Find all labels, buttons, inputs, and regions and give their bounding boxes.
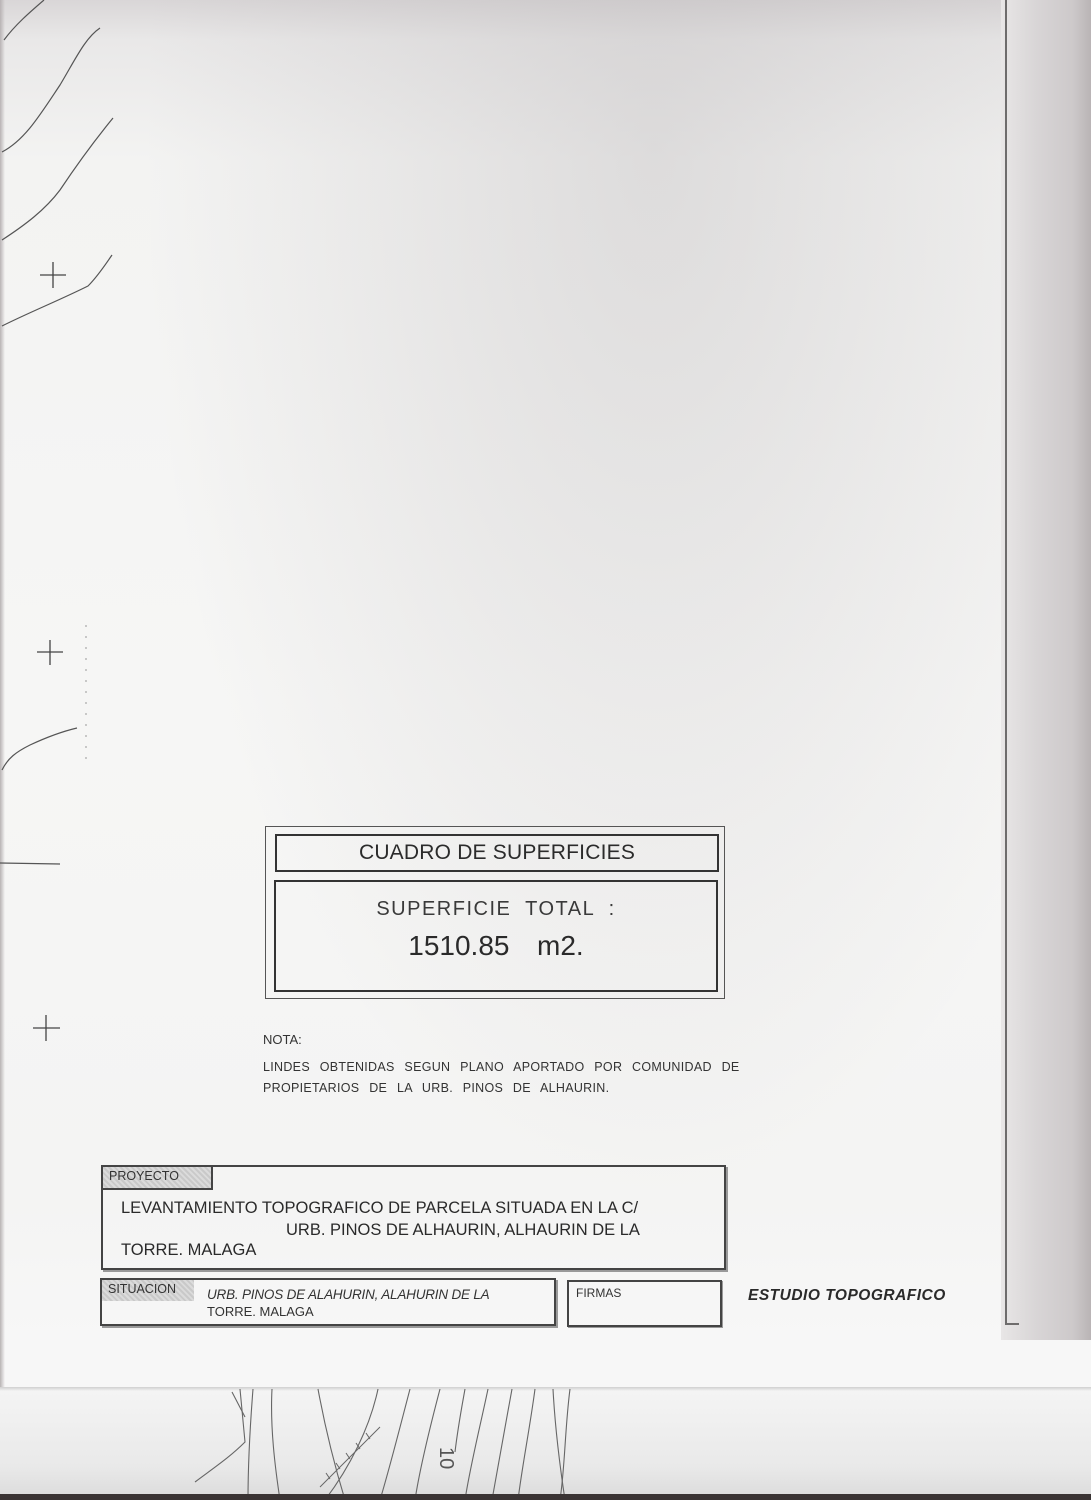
studio-name: ESTUDIO TOPOGRAFICO [748, 1287, 946, 1305]
situation-tag: SITUACION [102, 1280, 194, 1301]
project-line-2: URB. PINOS DE ALHAURIN, ALHAURIN DE LA [286, 1221, 640, 1240]
underlying-contours: 10 [0, 1387, 1091, 1500]
total-surface-value: 1510.85 m2. [276, 930, 716, 962]
project-tag: PROYECTO [103, 1167, 213, 1190]
cross-marker-icon [33, 1015, 60, 1041]
situation-box: SITUACION URB. PINOS DE ALAHURIN, ALAHUR… [100, 1278, 556, 1326]
project-line-1: LEVANTAMIENTO TOPOGRAFICO DE PARCELA SIT… [121, 1199, 638, 1218]
project-line-3: TORRE. MALAGA [121, 1241, 256, 1260]
contour-label: 10 [435, 1447, 457, 1469]
signatures-label: FIRMAS [576, 1286, 621, 1300]
contour-line [4, 0, 44, 40]
cross-marker-icon [40, 262, 66, 288]
signatures-box: FIRMAS [567, 1280, 722, 1327]
underlying-sheet: 10 [0, 1387, 1091, 1500]
surface-table-body: SUPERFICIE TOTAL : 1510.85 m2. [274, 880, 718, 992]
situation-line-1: URB. PINOS DE ALAHURIN, ALAHURIN DE LA [207, 1287, 489, 1302]
note-title: NOTA: [263, 1032, 302, 1047]
contour-line [2, 118, 113, 240]
contour-line [0, 863, 60, 864]
situation-line-2: TORRE. MALAGA [207, 1304, 314, 1319]
surface-table-title: CUADRO DE SUPERFICIES [275, 834, 719, 872]
note-text: LINDES OBTENIDAS SEGUN PLANO APORTADO PO… [263, 1057, 743, 1099]
contour-line [2, 255, 112, 326]
scan-bottom-edge [0, 1494, 1091, 1500]
contour-line [2, 28, 100, 152]
contour-line [2, 728, 77, 770]
project-box: PROYECTO LEVANTAMIENTO TOPOGRAFICO DE PA… [101, 1165, 726, 1270]
cross-marker-icon [37, 640, 63, 665]
total-surface-label: SUPERFICIE TOTAL : [276, 898, 716, 921]
